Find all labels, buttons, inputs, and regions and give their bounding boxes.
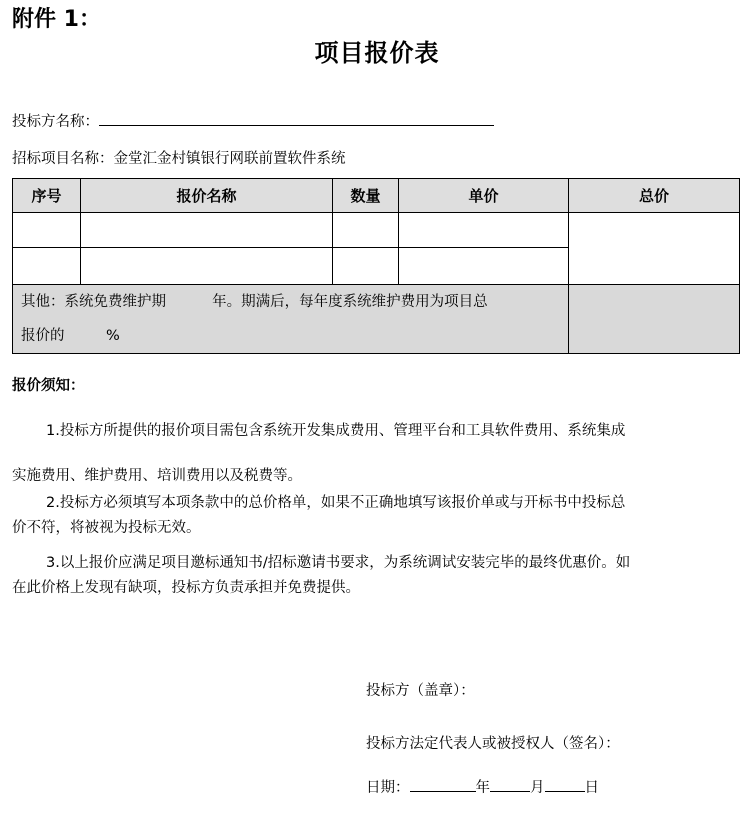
project-name-value: 金堂汇金村镇银行网联前置软件系统 [114, 151, 346, 167]
notes-heading: 报价须知： [12, 374, 85, 395]
note-item-3-line1: 3.以上报价应满足项目邀标通知书/招标邀请书要求，为系统调试安装完毕的最终优惠价… [46, 551, 630, 572]
day-label: 日 [585, 780, 600, 796]
bidder-name-field[interactable] [99, 111, 494, 126]
cell-item-name[interactable] [81, 248, 333, 285]
header-item-name: 报价名称 [81, 179, 333, 213]
note-item-2-line2: 价不符，将被视为投标无效。 [12, 516, 201, 537]
table-other-row: 其他：系统免费维护期 年。期满后，每年度系统维护费用为项目总 报价的 % [13, 285, 740, 354]
date-label: 日期： [366, 780, 410, 796]
year-label: 年 [476, 780, 491, 796]
cell-item-name[interactable] [81, 213, 333, 248]
date-year-field[interactable] [410, 777, 476, 792]
representative-label: 投标方法定代表人或被授权人（签名）： [366, 732, 620, 753]
note-item-1-line2: 实施费用、维护费用、培训费用以及税费等。 [12, 464, 302, 485]
note-item-2-line1: 2.投标方必须填写本项条款中的总价格单，如果不正确地填写该报价单或与开标书中投标… [46, 491, 625, 512]
cell-serial[interactable] [13, 213, 81, 248]
project-name-label: 招标项目名称： [12, 151, 114, 167]
project-name-row: 招标项目名称：金堂汇金村镇银行网联前置软件系统 [12, 147, 346, 168]
date-day-field[interactable] [545, 777, 585, 792]
note-item-1-line1: 1.投标方所提供的报价项目需包含系统开发集成费用、管理平台和工具软件费用、系统集… [46, 419, 625, 440]
other-note-line2: 报价的 % [21, 319, 560, 353]
page-title: 项目报价表 [0, 33, 754, 68]
bidder-name-row: 投标方名称： [12, 110, 494, 131]
cell-unit-price[interactable] [399, 213, 569, 248]
table-row [13, 213, 740, 248]
bidder-name-label: 投标方名称： [12, 114, 99, 130]
other-note-line1: 其他：系统免费维护期 年。期满后，每年度系统维护费用为项目总 [21, 285, 560, 319]
table-header-row: 序号 报价名称 数量 单价 总价 [13, 179, 740, 213]
date-month-field[interactable] [490, 777, 530, 792]
cell-unit-price[interactable] [399, 248, 569, 285]
cell-quantity[interactable] [333, 248, 399, 285]
month-label: 月 [530, 780, 545, 796]
header-total-price: 总价 [569, 179, 740, 213]
attachment-label: 附件 1： [12, 2, 101, 33]
seal-label: 投标方（盖章）： [366, 679, 475, 700]
header-serial: 序号 [13, 179, 81, 213]
cell-quantity[interactable] [333, 213, 399, 248]
header-quantity: 数量 [333, 179, 399, 213]
other-total-cell[interactable] [569, 285, 740, 354]
quote-table: 序号 报价名称 数量 单价 总价 其他：系统免费维护期 年。期满后，每年度系统维… [12, 178, 740, 354]
header-unit-price: 单价 [399, 179, 569, 213]
cell-total-price[interactable] [569, 213, 740, 285]
cell-serial[interactable] [13, 248, 81, 285]
date-row: 日期：年月日 [366, 776, 599, 797]
note-item-3-line2: 在此价格上发现有缺项，投标方负责承担并免费提供。 [12, 576, 360, 597]
other-maintenance-note: 其他：系统免费维护期 年。期满后，每年度系统维护费用为项目总 报价的 % [13, 285, 569, 354]
